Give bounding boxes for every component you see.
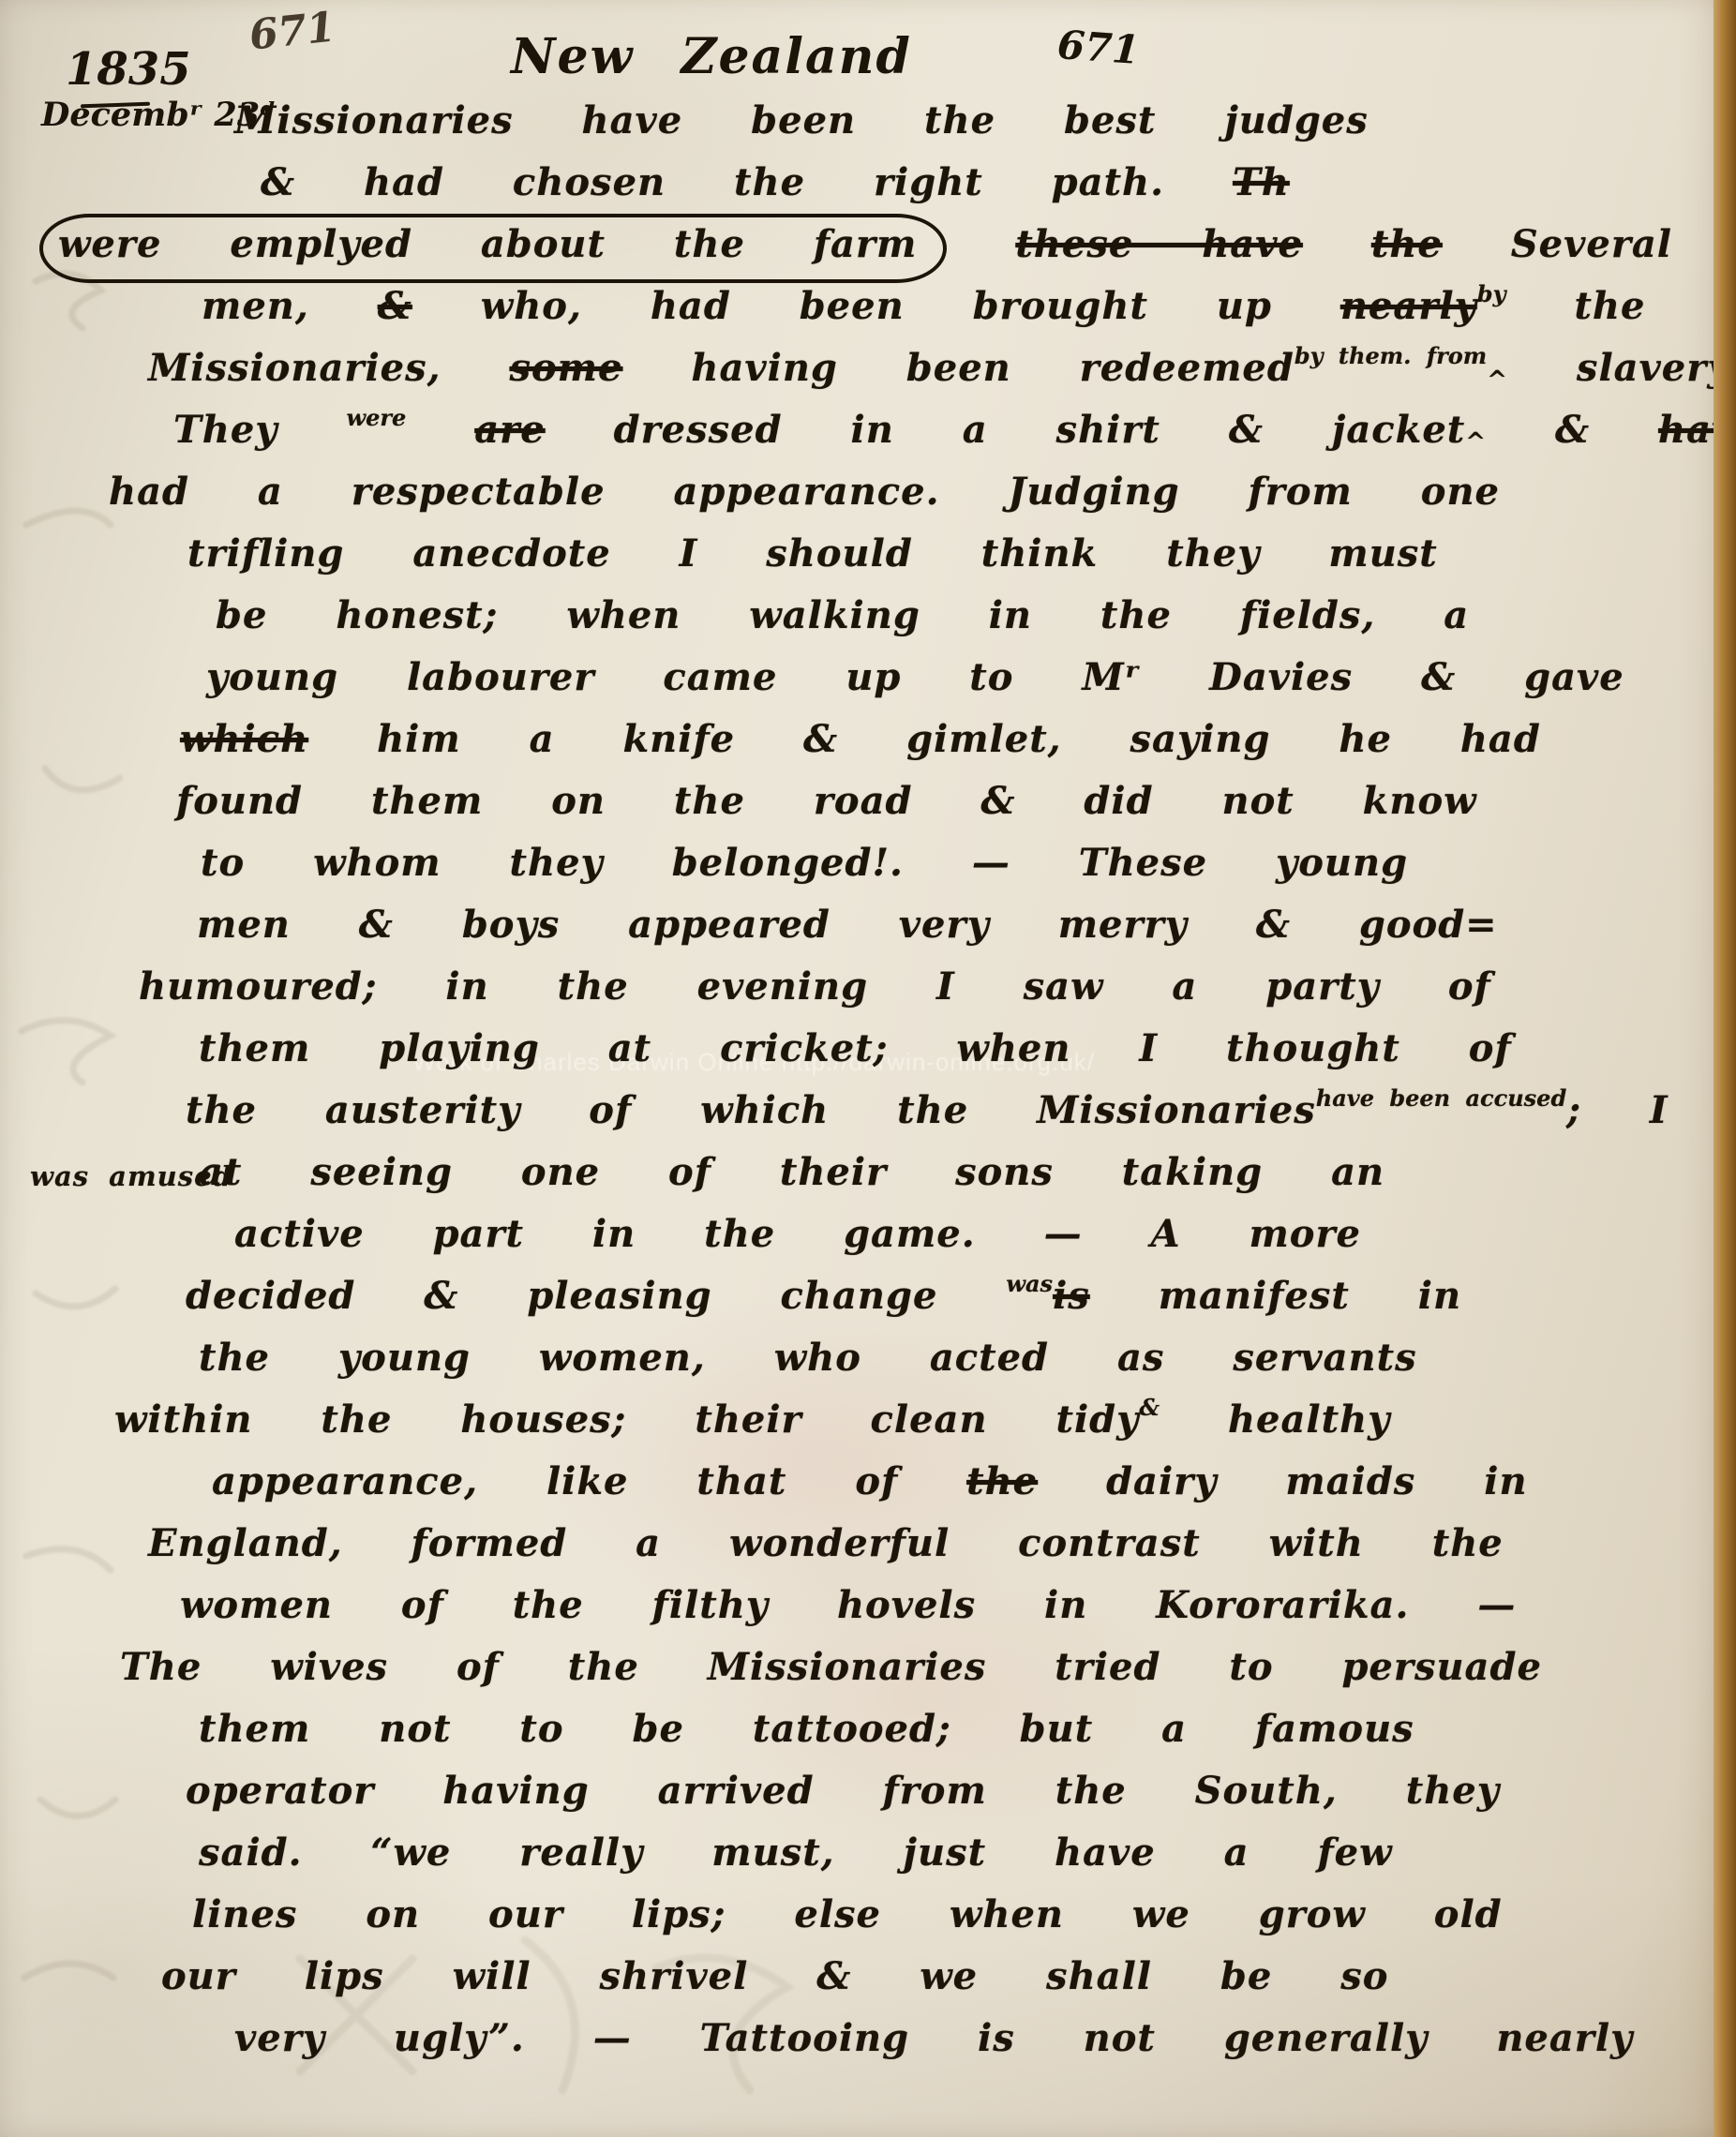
manuscript-line: be honest; when walking in the fields, a	[0, 585, 1736, 647]
handwritten-text: Several young	[1443, 222, 1736, 266]
handwritten-text: humoured; in the evening I saw a party o…	[139, 964, 1491, 1009]
handwritten-text: They	[173, 408, 346, 452]
handwritten-text: them not to be tattooed; but a famous	[199, 1707, 1414, 1751]
line-text: The wives of the Missionaries tried to p…	[120, 1636, 1542, 1698]
line-text: humoured; in the evening I saw a party o…	[139, 956, 1491, 1018]
handwritten-text: be honest; when walking in the fields, a	[216, 593, 1469, 637]
interlinear-insertion: &	[1139, 1397, 1160, 1419]
deleted-text: some	[509, 346, 622, 390]
handwritten-text: who, had been brought up	[412, 284, 1340, 328]
margin-note: was amused	[30, 1145, 232, 1207]
manuscript-line: very ugly”. — Tattooing is not generally…	[0, 2008, 1736, 2070]
handwritten-text: the austerity of which the Missionaries	[186, 1088, 1316, 1132]
line-text: operator having arrived from the South, …	[186, 1760, 1500, 1822]
line-text: & had chosen the right path. Th	[261, 152, 1290, 214]
line-text: be honest; when walking in the fields, a	[216, 585, 1469, 647]
handwritten-text: within the houses; their clean tidy	[114, 1397, 1139, 1442]
ink-page-number: 671	[1055, 22, 1141, 73]
handwritten-text	[1303, 222, 1371, 266]
handwritten-text: men & boys appeared very merry & good=	[197, 903, 1498, 947]
manuscript-line: within the houses; their clean tidy& hea…	[0, 1389, 1736, 1451]
deleted-text: nearly	[1340, 284, 1477, 328]
line-text: said. “we really must, just have a few	[199, 1822, 1393, 1884]
line-text: found them on the road & did not know	[176, 770, 1477, 832]
page-title: New Zealand	[511, 28, 912, 85]
manuscript-line: active part in the game. — A more	[0, 1203, 1736, 1265]
handwritten-text: &	[1487, 408, 1658, 452]
handwritten-text: at seeing one of their sons taking an	[199, 1150, 1384, 1194]
handwritten-text: the young women, who acted as servants	[199, 1336, 1417, 1380]
manuscript-line: men, & who, had been brought up nearlyby…	[0, 276, 1736, 337]
circled-insertion: were emplyed about the farm	[39, 214, 947, 283]
handwritten-text: the	[1506, 284, 1646, 328]
handwritten-text: had a respectable appearance. Judging fr…	[109, 470, 1500, 514]
handwritten-text: active part in the game. — A more	[234, 1212, 1361, 1256]
handwritten-text: dressed in a shirt & jacket	[546, 408, 1466, 452]
line-text: at seeing one of their sons taking an	[199, 1142, 1384, 1203]
handwritten-text: operator having arrived from the South, …	[186, 1769, 1500, 1813]
deleted-text: these have	[1015, 222, 1303, 266]
manuscript-line: men & boys appeared very merry & good=	[0, 894, 1736, 956]
deleted-text: are	[474, 408, 545, 452]
line-text: women of the filthy hovels in Kororarika…	[180, 1575, 1516, 1636]
line-text: within the houses; their clean tidy& hea…	[114, 1389, 1390, 1451]
handwritten-text: our lips will shrivel & we shall be so	[161, 1954, 1388, 1998]
line-text: were emplyed about the farm these have t…	[39, 214, 1736, 283]
line-text: decided & pleasing change wasis manifest…	[186, 1265, 1461, 1327]
manuscript-line: humoured; in the evening I saw a party o…	[0, 956, 1736, 1018]
handwritten-text: very ugly”. — Tattooing is not generally…	[234, 2016, 1633, 2060]
line-text: the young women, who acted as servants	[199, 1327, 1417, 1389]
handwritten-text: The wives of the Missionaries tried to p…	[120, 1645, 1542, 1689]
handwritten-text: lines on our lips; else when we grow old	[192, 1892, 1503, 1936]
manuscript-line: decided & pleasing change wasis manifest…	[0, 1265, 1736, 1327]
manuscript-line: which him a knife & gimlet, saying he ha…	[0, 709, 1736, 770]
manuscript-line: were emplyed about the farm these have t…	[0, 214, 1736, 276]
line-text: active part in the game. — A more	[234, 1203, 1361, 1265]
interlinear-insertion: were	[346, 407, 406, 429]
handwritten-text: men,	[202, 284, 378, 328]
handwritten-text: Missionaries have been the best judges	[234, 98, 1369, 142]
handwritten-text: dairy maids in	[1038, 1459, 1527, 1503]
handwritten-text: trifling anecdote I should think they mu…	[187, 531, 1438, 575]
manuscript-line: young labourer came up to Mʳ Davies & ga…	[0, 647, 1736, 709]
line-text: men, & who, had been brought up nearlyby…	[202, 276, 1645, 337]
handwritten-text: appearance, like that of	[212, 1459, 966, 1503]
manuscript-line: said. “we really must, just have a few	[0, 1822, 1736, 1884]
manuscript-line: England, formed a wonderful contrast wit…	[0, 1513, 1736, 1575]
manuscript-line: to whom they belonged!. — These young	[0, 832, 1736, 894]
manuscript-body: Missionaries have been the best judges& …	[0, 90, 1736, 2070]
line-text: them playing at cricket; when I thought …	[199, 1018, 1512, 1080]
deleted-text: is	[1053, 1274, 1090, 1318]
handwritten-text: to whom they belonged!. — These young	[201, 841, 1408, 885]
handwritten-text: said. “we really must, just have a few	[199, 1831, 1393, 1875]
manuscript-line: found them on the road & did not know	[0, 770, 1736, 832]
manuscript-line: lines on our lips; else when we grow old	[0, 1884, 1736, 1946]
manuscript-line: operator having arrived from the South, …	[0, 1760, 1736, 1822]
handwritten-text: & had chosen the right path.	[261, 160, 1233, 204]
manuscript-line: trifling anecdote I should think they mu…	[0, 523, 1736, 585]
handwritten-text: healthy	[1160, 1397, 1390, 1442]
manuscript-line: them not to be tattooed; but a famous	[0, 1698, 1736, 1760]
handwritten-text: having been redeemed	[622, 346, 1294, 390]
handwritten-text: slavery	[1508, 346, 1730, 390]
manuscript-line: our lips will shrivel & we shall be so	[0, 1946, 1736, 2008]
handwritten-text: Missionaries,	[148, 346, 509, 390]
manuscript-page: 671 1835 Decembʳ 23ᵈ New Zealand 671 Wor…	[0, 0, 1736, 2137]
manuscript-line: them playing at cricket; when I thought …	[0, 1018, 1736, 1080]
book-edge	[1714, 0, 1736, 2137]
handwritten-text: young labourer came up to Mʳ Davies & ga…	[206, 655, 1624, 699]
line-text: had a respectable appearance. Judging fr…	[109, 461, 1500, 523]
line-text: trifling anecdote I should think they mu…	[187, 523, 1438, 585]
handwritten-text: manifest in	[1090, 1274, 1461, 1318]
year-label: 1835	[66, 43, 191, 96]
line-text: the austerity of which the Missionariesh…	[186, 1080, 1736, 1142]
deleted-text: which	[180, 717, 308, 761]
deleted-text: the	[1371, 222, 1443, 266]
line-text: young labourer came up to Mʳ Davies & ga…	[206, 647, 1624, 709]
deleted-text: the	[966, 1459, 1038, 1503]
line-text: Missionaries have been the best judges	[234, 90, 1369, 152]
line-text: lines on our lips; else when we grow old	[192, 1884, 1503, 1946]
handwritten-text: him a knife & gimlet, saying he had	[308, 717, 1541, 761]
deleted-text: Th	[1233, 160, 1290, 204]
manuscript-line: Missionaries have been the best judges	[0, 90, 1736, 152]
handwritten-text: ; I	[1566, 1088, 1736, 1132]
line-text: which him a knife & gimlet, saying he ha…	[180, 709, 1541, 770]
manuscript-line: They were are dressed in a shirt & jacke…	[0, 399, 1736, 461]
handwritten-text: them playing at cricket; when I thought …	[199, 1026, 1512, 1070]
manuscript-line: appearance, like that of the dairy maids…	[0, 1451, 1736, 1513]
manuscript-line: & had chosen the right path. Th	[0, 152, 1736, 214]
handwritten-text: women of the filthy hovels in Kororarika…	[180, 1583, 1516, 1627]
handwritten-text	[947, 222, 1015, 266]
line-text: England, formed a wonderful contrast wit…	[148, 1513, 1504, 1575]
interlinear-insertion: by	[1477, 283, 1506, 306]
handwritten-text: decided & pleasing change	[186, 1274, 1006, 1318]
manuscript-line: had a respectable appearance. Judging fr…	[0, 461, 1736, 523]
manuscript-line: was amusedat seeing one of their sons ta…	[0, 1142, 1736, 1203]
interlinear-insertion: by them. from	[1295, 345, 1487, 367]
line-text: very ugly”. — Tattooing is not generally…	[234, 2008, 1633, 2070]
manuscript-line: the young women, who acted as servants	[0, 1327, 1736, 1389]
handwritten-text	[406, 408, 474, 452]
interlinear-insertion: have been accused	[1316, 1087, 1566, 1110]
deleted-text: &	[378, 284, 412, 328]
manuscript-line: the austerity of which the Missionariesh…	[0, 1080, 1736, 1142]
manuscript-line: Missionaries, some having been redeemedb…	[0, 337, 1736, 399]
line-text: our lips will shrivel & we shall be so	[161, 1946, 1388, 2008]
manuscript-line: women of the filthy hovels in Kororarika…	[0, 1575, 1736, 1636]
handwritten-text: England, formed a wonderful contrast wit…	[148, 1521, 1504, 1565]
line-text: appearance, like that of the dairy maids…	[212, 1451, 1528, 1513]
line-text: to whom they belonged!. — These young	[201, 832, 1408, 894]
manuscript-line: The wives of the Missionaries tried to p…	[0, 1636, 1736, 1698]
pencil-page-number: 671	[247, 3, 338, 59]
line-text: men & boys appeared very merry & good=	[197, 894, 1498, 956]
interlinear-insertion: was	[1006, 1273, 1053, 1295]
line-text: them not to be tattooed; but a famous	[199, 1698, 1414, 1760]
handwritten-text: found them on the road & did not know	[176, 779, 1477, 823]
